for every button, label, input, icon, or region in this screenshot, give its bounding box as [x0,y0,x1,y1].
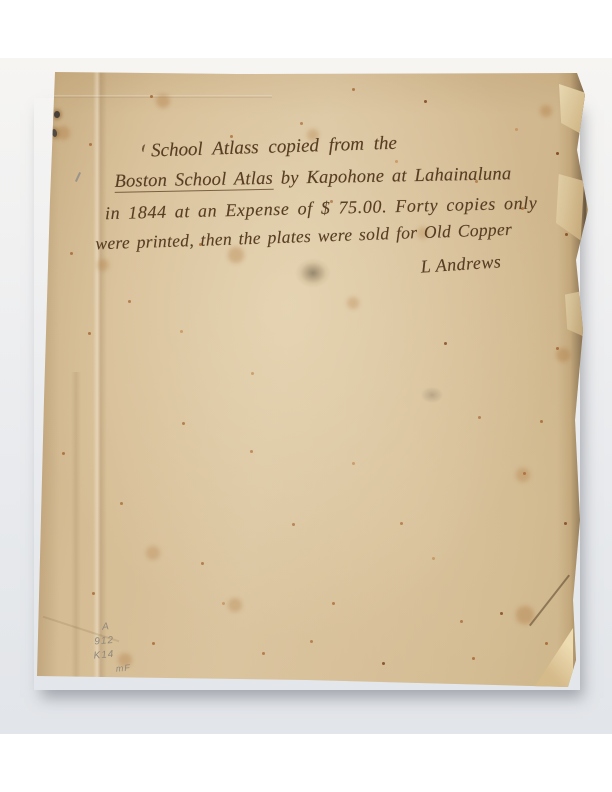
inscription-line-1: School Atlass copied from the [151,133,397,163]
binding-stitch-hole [54,111,60,118]
underlined-title: Boston School Atlas [114,169,273,193]
inscription-line-4: were printed, then the plates were sold … [95,219,512,255]
photo-backdrop: School Atlass copied from the Boston Sch… [0,58,612,734]
torn-edge-flap [565,290,587,336]
inscription-line-2: Boston School Atlas by Kapohone at Lahai… [114,164,511,193]
pencil-call-number: A 912 K14 mF [93,619,132,678]
horizontal-crease [37,95,272,98]
handwritten-inscription: School Atlass copied from the Boston Sch… [37,68,590,76]
faint-stain [417,384,447,406]
foxing-spots [37,72,40,75]
signature: L Andrews [420,251,502,277]
call-number-line-4: mF [115,660,131,675]
vertical-crease [93,72,107,687]
scanned-page: School Atlass copied from the Boston Sch… [0,0,612,792]
inscription-line-2-rest: by Kapohone at Lahainaluna [273,164,512,189]
vertical-crease [71,372,81,687]
ink-smudge-stain [295,258,331,288]
foxing-blotches [37,72,43,78]
ink-flourish [141,144,148,153]
pencil-mark [75,172,81,182]
atlas-cover-paper: School Atlass copied from the Boston Sch… [37,72,590,687]
